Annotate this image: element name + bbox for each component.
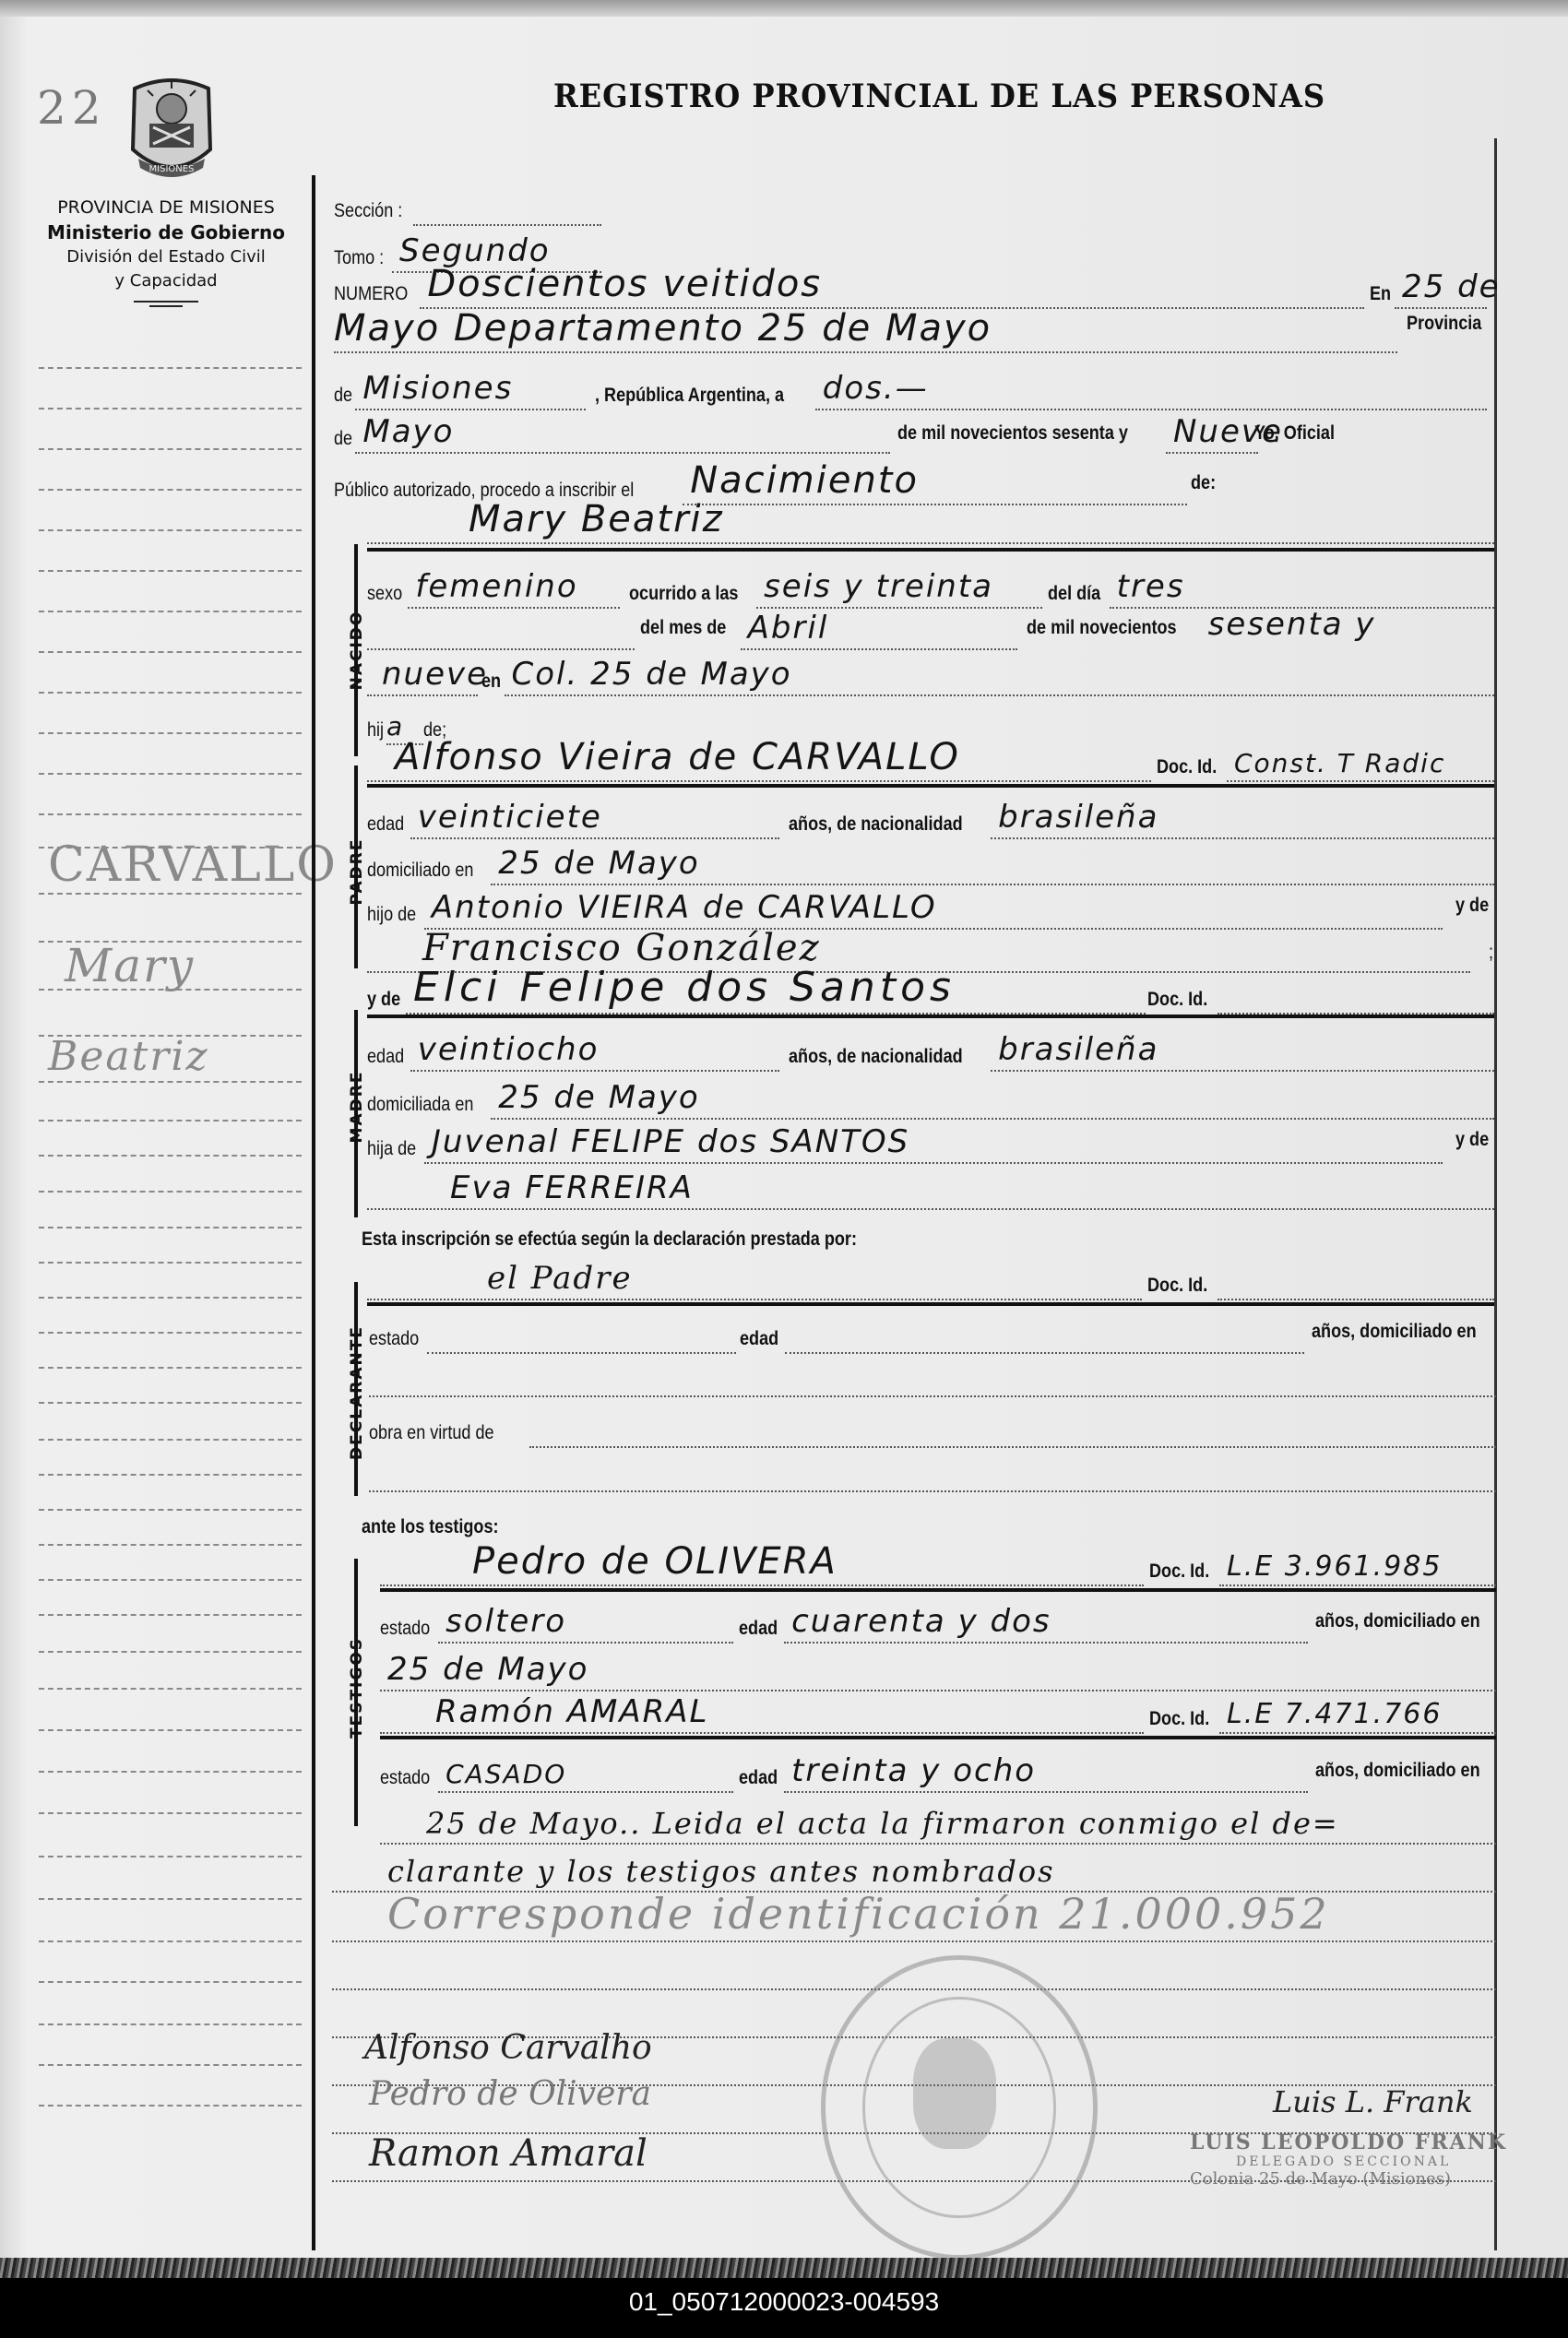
testigos-section-label: TESTIGOS [348,1637,366,1739]
seccion-field: Sección : [334,189,601,226]
issuing-organization: PROVINCIA DE MISIONES Ministerio de Gobi… [28,196,304,307]
place-field: Mayo Departamento 25 de Mayo Provincia [334,316,1494,353]
certificate-page: 22 MISIONES PROVINCIA DE MISIONES Minist… [0,0,1568,2278]
anio-input[interactable]: sesenta y [1201,613,1494,650]
madre-name-input[interactable]: Elci Felipe dos Santos [406,976,1146,1015]
padre-name-field: Alfonso Vieira de CARVALLO Doc. Id. Cons… [367,745,1494,782]
signature-witness2: Ramon Amaral [369,2132,647,2175]
witness2-doc-input[interactable]: L.E 7.471.766 [1219,1695,1496,1734]
declarante-obra-cont-input[interactable] [369,1454,1496,1492]
mes-prefix-line [367,611,635,650]
form-left-border [312,175,315,2250]
signature-declarante: Alfonso Carvalho [364,2029,652,2067]
witness2-edad-input[interactable]: treinta y ocho [784,1754,1308,1793]
declarante-obra-field: obra en virtud de [369,1411,1496,1448]
nacido-section-label: NACIDO [348,599,366,701]
declarante-dom-input[interactable] [369,1359,1496,1397]
testigos-intro: ante los testigos: [362,1505,823,1542]
org-rule [134,301,198,303]
witness2-dom-input[interactable]: 25 de Mayo.. Leida el acta la firmaron c… [380,1806,1496,1845]
declarante-edad-input[interactable] [785,1315,1304,1354]
official-place: Colonia 25 de Mayo (Misiones) [1190,2169,1522,2189]
year-input[interactable]: Nueve [1166,415,1258,454]
madre-nac-input[interactable]: brasileña [991,1033,1494,1072]
padre-edad-input[interactable]: veinticiete [410,801,779,839]
madre-edad-field: edad veintiocho años, de nacionalidad br… [367,1035,1494,1072]
nacido-name-field: Mary Beatriz [367,507,1494,544]
hora-input[interactable]: seis y treinta [756,570,1042,609]
madre-mother-input[interactable]: Eva FERREIRA [367,1171,1494,1210]
declarante-section-label: DECLARANTE [348,1323,366,1462]
sexo-input[interactable]: femenino [408,570,620,609]
witness1-dom-input[interactable]: 25 de Mayo [380,1653,1496,1691]
official-name-stamp: LUIS LEOPOLDO FRANK DELEGADO SECCIONAL C… [1190,2130,1522,2232]
declarante-obra-cont-field [369,1455,1496,1492]
provincia-input[interactable]: Misiones [355,372,586,410]
declarante-name-input[interactable]: el Padre [367,1262,1142,1300]
image-caption: 01_050712000023-004593 [0,2287,1568,2317]
declarante-name-field: el Padre Doc. Id. [367,1264,1494,1300]
witness1-doc-input[interactable]: L.E 3.961.985 [1219,1548,1496,1586]
provincia-field: de Misiones , República Argentina, a dos… [334,374,1487,410]
place-input[interactable]: Mayo Departamento 25 de Mayo [334,315,1397,353]
lugar-input[interactable]: Col. 25 de Mayo [505,658,1494,696]
official-seal [821,1955,1098,2260]
madre-name-field: y de Elci Felipe dos Santos Doc. Id. [367,978,1494,1015]
witness1-name-input[interactable]: Pedro de OLIVERA [380,1548,1144,1586]
padre-dom-field: domiciliado en 25 de Mayo [367,849,1494,885]
org-ministry: Ministerio de Gobierno [28,220,304,245]
dia-input[interactable]: tres [1110,570,1494,609]
madre-dom-input[interactable]: 25 de Mayo [491,1081,1494,1120]
mes-input[interactable]: Abril [741,611,1017,650]
seccion-input[interactable] [413,187,601,226]
declarante-estado-input[interactable] [427,1315,736,1354]
madre-parents-field: hija de Juvenal FELIPE dos SANTOS y de [367,1127,1494,1164]
madre-mother-field: Eva FERREIRA [367,1173,1494,1210]
nacido-name-input[interactable]: Mary Beatriz [367,505,1494,544]
madre-rule [367,1015,1494,1018]
margin-second-name: Beatriz [48,1033,209,2276]
anio-cont-input[interactable]: nueve [367,658,478,696]
witness1-estado-input[interactable]: soltero [438,1605,733,1644]
signature-witness1: Pedro de Olivera [369,2075,651,2113]
provincial-crest-icon: MISIONES [122,76,221,186]
month-year-field: de Mayo de mil novecientos sesenta y Nue… [334,417,1494,454]
signature-official: Luis L. Frank [1273,2084,1473,2119]
witness2-estado-input[interactable]: casado [438,1754,733,1793]
padre-name-input[interactable]: Alfonso Vieira de CARVALLO [367,743,1151,782]
closing-field: clarante y los testigos antes nombrados [332,1856,1496,1893]
padre-rule [367,784,1494,788]
declarante-intro: Esta inscripción se efectúa según la dec… [362,1217,1284,1254]
witness2-dom-field: 25 de Mayo.. Leida el acta la firmaron c… [380,1808,1496,1845]
tipo-field: Público autorizado, procedo a inscribir … [334,469,1219,505]
witness2-rule [380,1736,1496,1739]
org-province: PROVINCIA DE MISIONES [28,196,304,220]
witness1-edad-input[interactable]: cuarenta y dos [784,1605,1308,1644]
padre-nac-input[interactable]: brasileña [991,801,1494,839]
svg-text:MISIONES: MISIONES [149,164,195,174]
declarante-dom-field [369,1360,1496,1397]
witness1-name-field: Pedro de OLIVERA Doc. Id. L.E 3.961.985 [380,1549,1496,1586]
document-title: REGISTRO PROVINCIAL DE LAS PERSONAS [553,77,1325,115]
padre-parents-field: hijo de Antonio VIEIRA de CARVALLO y de [367,893,1494,930]
madre-section-label: MADRE [348,1056,366,1157]
padre-edad-field: edad veinticiete años, de nacionalidad b… [367,802,1494,839]
declarante-obra-input[interactable] [529,1409,1496,1448]
madre-father-input[interactable]: Juvenal FELIPE dos SANTOS [424,1125,1443,1164]
madre-doc-input[interactable] [1218,976,1494,1015]
numero-input[interactable]: Doscientos veitidos [420,270,1364,309]
en-input[interactable]: 25 de [1395,270,1487,309]
official-role: DELEGADO SECCIONAL [1236,2154,1522,2169]
nacido-rule [367,548,1494,552]
lugar-field: nueve en Col. 25 de Mayo [367,659,1494,696]
declarante-estado-field: estado edad años, domiciliado en [369,1317,1503,1354]
witness1-estado-field: estado soltero edad cuarenta y dos años,… [380,1607,1507,1644]
madre-dom-field: domiciliada en 25 de Mayo [367,1083,1494,1120]
org-division-cont: y Capacidad [28,269,304,293]
month-input[interactable]: Mayo [355,415,890,454]
annotation-input[interactable]: Corresponde identificación 21.000.952 [332,1904,1496,1942]
witness1-rule [380,1588,1496,1592]
sexo-hora-field: sexo femenino ocurrido a las seis y trei… [367,572,1494,609]
padre-dom-input[interactable]: 25 de Mayo [491,847,1494,885]
numero-field: NUMERO Doscientos veitidos En 25 de [334,272,1487,309]
folio-number: 22 [37,81,107,135]
tipo-input[interactable]: Nacimiento [683,467,1186,505]
declarante-doc-input[interactable] [1218,1262,1494,1300]
madre-edad-input[interactable]: veintiocho [410,1033,779,1072]
org-rule-short [149,305,183,307]
org-division: División del Estado Civil [28,245,304,269]
witness2-name-field: Ramón AMARAL Doc. Id. L.E 7.471.766 [380,1697,1496,1734]
declarante-rule [367,1302,1494,1306]
witness2-estado-field: estado casado edad treinta y ocho años, … [380,1756,1507,1793]
closing-input[interactable]: clarante y los testigos antes nombrados [332,1854,1496,1893]
day-input[interactable]: dos.— [815,372,1487,410]
padre-doc-input[interactable]: Const. T Radic [1227,743,1494,782]
witness1-dom-field: 25 de Mayo [380,1655,1496,1691]
mes-anio-field: del mes de Abril de mil novecientos sese… [367,613,1494,650]
witness2-name-input[interactable]: Ramón AMARAL [380,1695,1144,1734]
padre-father-input[interactable]: Antonio VIEIRA de CARVALLO [424,891,1443,930]
annotation-field: Corresponde identificación 21.000.952 [332,1905,1496,1942]
official-name: LUIS LEOPOLDO FRANK [1190,2130,1522,2154]
padre-section-label: PADRE [348,821,366,922]
